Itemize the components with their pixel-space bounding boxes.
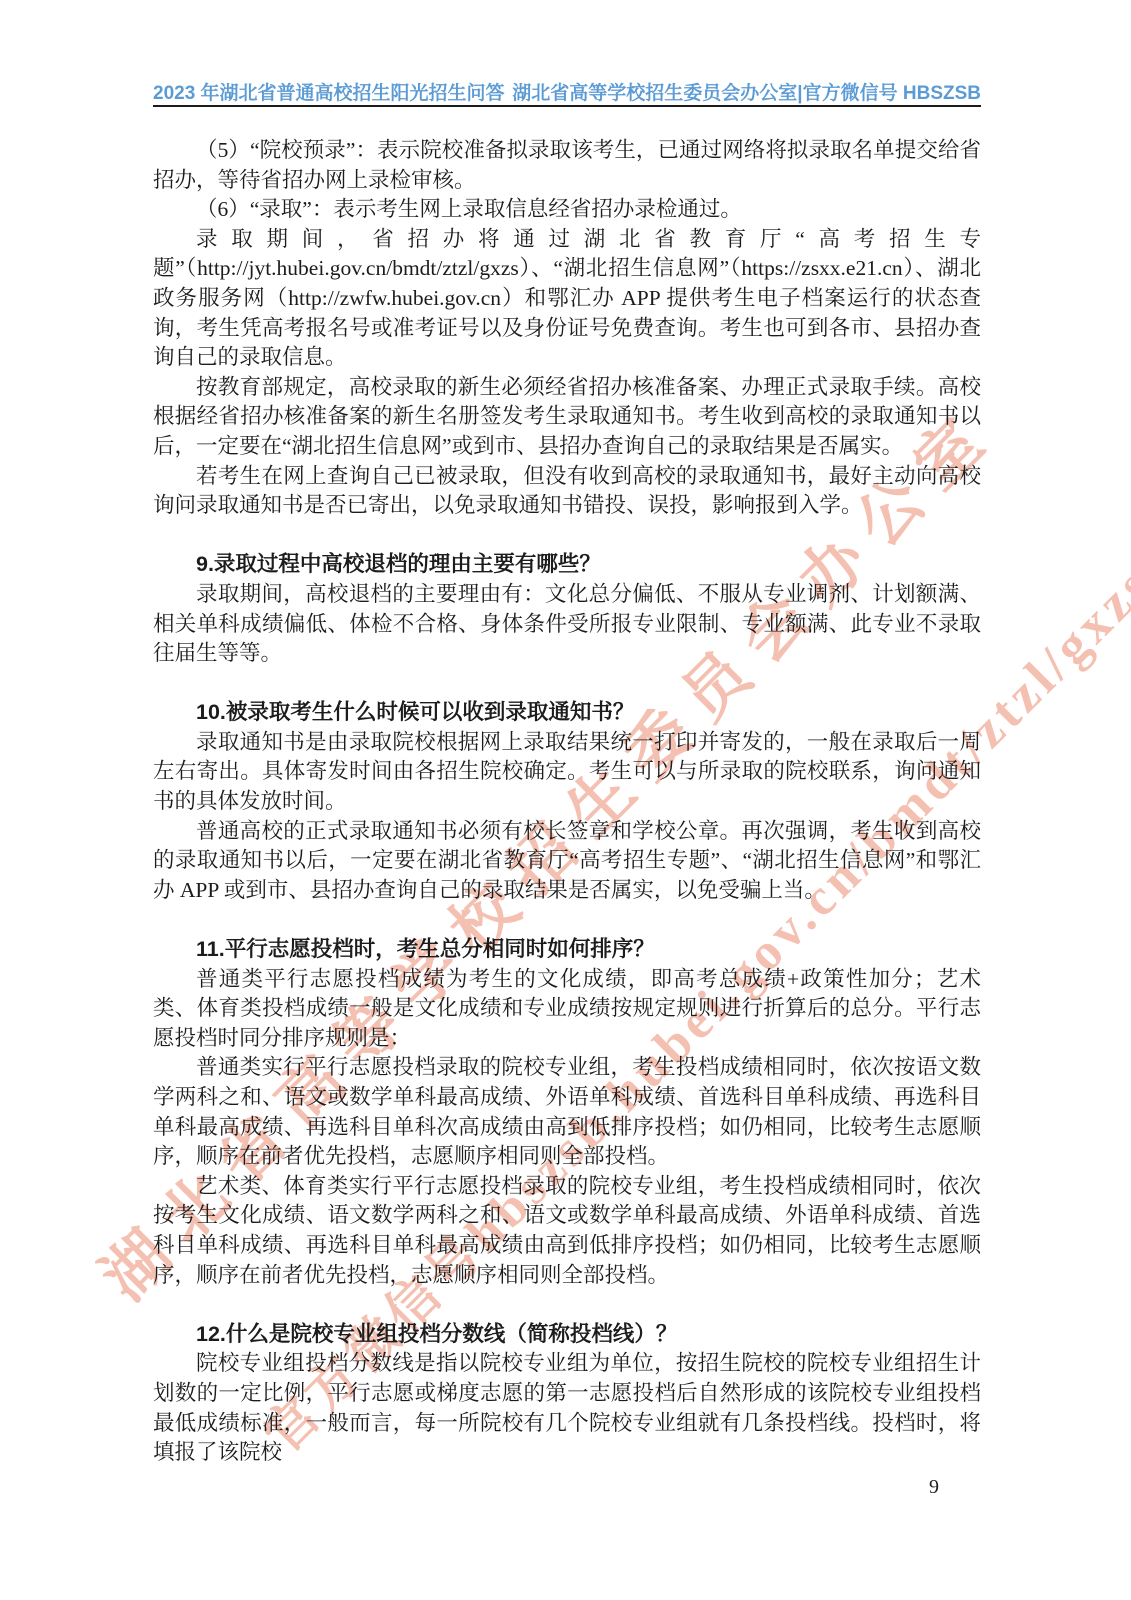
page-header: 2023 年湖北省普通高校招生阳光招生问答 湖北省高等学校招生委员会办公室|官方…: [153, 78, 981, 105]
header-doc-title: 2023 年湖北省普通高校招生阳光招生问答: [153, 78, 505, 105]
header-rule: [153, 105, 981, 107]
paragraph: （5）“院校预录”：表示院校准备拟录取该考生，已通过网络将拟录取名单提交给省招办…: [153, 136, 981, 195]
question-heading: 12.什么是院校专业组投档分数线（简称投档线）？: [153, 1320, 981, 1350]
document-body: （5）“院校预录”：表示院校准备拟录取该考生，已通过网络将拟录取名单提交给省招办…: [153, 136, 981, 1468]
paragraph: 录取通知书是由录取院校根据网上录取结果统一打印并寄发的，一般在录取后一周左右寄出…: [153, 728, 981, 817]
paragraph: （6）“录取”：表示考生网上录取信息经省招办录检通过。: [153, 195, 981, 225]
question-heading: 11.平行志愿投档时，考生总分相同时如何排序？: [153, 935, 981, 965]
paragraph: 录取期间，省招办将通过湖北省教育厅“高考招生专题”（http://jyt.hub…: [153, 225, 981, 373]
paragraph: 按教育部规定，高校录取的新生必须经省招办核准备案、办理正式录取手续。高校根据经省…: [153, 373, 981, 462]
paragraph: 院校专业组投档分数线是指以院校专业组为单位，按招生院校的院校专业组招生计划数的一…: [153, 1349, 981, 1467]
question-heading: 9.录取过程中高校退档的理由主要有哪些？: [153, 550, 981, 580]
paragraph: 若考生在网上查询自己已被录取，但没有收到高校的录取通知书，最好主动向高校询问录取…: [153, 462, 981, 521]
document-page: 湖北省高等学校招生委员会办公室 官方微信号hbszsb.hubei.gov.cn…: [0, 0, 1131, 1600]
page-number: 9: [929, 1476, 939, 1499]
question-heading: 10.被录取考生什么时候可以收到录取通知书？: [153, 698, 981, 728]
paragraph: 普通类实行平行志愿投档录取的院校专业组，考生投档成绩相同时，依次按语文数学两科之…: [153, 1053, 981, 1171]
paragraph: 艺术类、体育类实行平行志愿投档录取的院校专业组，考生投档成绩相同时，依次按考生文…: [153, 1172, 981, 1290]
paragraph: 普通高校的正式录取通知书必须有校长签章和学校公章。再次强调，考生收到高校的录取通…: [153, 817, 981, 906]
header-org-wechat: 湖北省高等学校招生委员会办公室|官方微信号 HBSZSB: [512, 78, 981, 105]
paragraph: 普通类平行志愿投档成绩为考生的文化成绩，即高考总成绩+政策性加分；艺术类、体育类…: [153, 965, 981, 1054]
paragraph: 录取期间，高校退档的主要理由有：文化总分偏低、不服从专业调剂、计划额满、相关单科…: [153, 580, 981, 669]
